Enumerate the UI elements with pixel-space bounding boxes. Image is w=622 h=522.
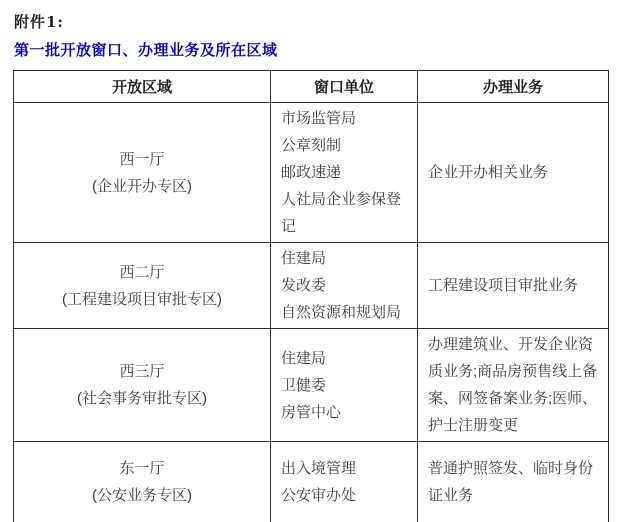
area-zone-name: (企业开办专区) (20, 173, 264, 200)
area-zone-name: (社会事务审批专区) (20, 385, 264, 412)
unit-item: 市场监管局 (281, 105, 409, 132)
attachment-label: 附件1: (14, 11, 64, 32)
cell-open-area: 东一厅 (公安业务专区) (14, 442, 271, 522)
table-row: 西一厅 (企业开办专区) 市场监管局 公章刻制 邮政速递 人社局企业参保登记 企… (14, 103, 609, 243)
area-hall-name: 西二厅 (20, 259, 264, 286)
header-business: 办理业务 (418, 71, 609, 103)
cell-window-units: 住建局 发改委 自然资源和规划局 (271, 243, 418, 329)
unit-item: 公安审办处 (281, 482, 409, 509)
cell-window-units: 市场监管局 公章刻制 邮政速递 人社局企业参保登记 (271, 103, 418, 243)
document-page: 附件1: 第一批开放窗口、办理业务及所在区域 开放区域 窗口单位 办理业务 西一… (0, 0, 622, 522)
area-hall-name: 西三厅 (20, 358, 264, 385)
cell-open-area: 西二厅 (工程建设项目审批专区) (14, 243, 271, 329)
unit-item: 人社局企业参保登记 (281, 186, 409, 240)
page-title: 第一批开放窗口、办理业务及所在区域 (14, 39, 278, 60)
open-windows-table: 开放区域 窗口单位 办理业务 西一厅 (企业开办专区) 市场监管局 公章刻制 邮… (13, 70, 609, 522)
area-hall-name: 东一厅 (20, 455, 264, 482)
area-zone-name: (工程建设项目审批专区) (20, 286, 264, 313)
table-row: 西二厅 (工程建设项目审批专区) 住建局 发改委 自然资源和规划局 工程建设项目… (14, 243, 609, 329)
unit-item: 出入境管理 (281, 455, 409, 482)
table-header-row: 开放区域 窗口单位 办理业务 (14, 71, 609, 103)
unit-item: 发改委 (281, 272, 409, 299)
unit-item: 住建局 (281, 245, 409, 272)
unit-item: 邮政速递 (281, 159, 409, 186)
cell-business: 办理建筑业、开发企业资质业务;商品房预售线上备案、网签备案业务;医师、护士注册变… (418, 329, 609, 442)
header-window-unit: 窗口单位 (271, 71, 418, 103)
unit-item: 卫健委 (281, 372, 409, 399)
business-text: 办理建筑业、开发企业资质业务;商品房预售线上备案、网签备案业务;医师、护士注册变… (428, 331, 600, 439)
table-row: 西三厅 (社会事务审批专区) 住建局 卫健委 房管中心 办理建筑业、开发企业资质… (14, 329, 609, 442)
cell-window-units: 住建局 卫健委 房管中心 (271, 329, 418, 442)
unit-item: 公章刻制 (281, 132, 409, 159)
area-hall-name: 西一厅 (20, 146, 264, 173)
business-text: 工程建设项目审批业务 (428, 272, 600, 299)
cell-business: 企业开办相关业务 (418, 103, 609, 243)
cell-open-area: 西三厅 (社会事务审批专区) (14, 329, 271, 442)
unit-item: 房管中心 (281, 399, 409, 426)
business-text: 普通护照签发、临时身份证业务 (428, 455, 600, 509)
cell-business: 工程建设项目审批业务 (418, 243, 609, 329)
unit-item: 住建局 (281, 345, 409, 372)
cell-window-units: 出入境管理 公安审办处 (271, 442, 418, 522)
cell-open-area: 西一厅 (企业开办专区) (14, 103, 271, 243)
table-row: 东一厅 (公安业务专区) 出入境管理 公安审办处 普通护照签发、临时身份证业务 (14, 442, 609, 522)
header-open-area: 开放区域 (14, 71, 271, 103)
business-text: 企业开办相关业务 (428, 159, 600, 186)
unit-item: 自然资源和规划局 (281, 299, 409, 326)
area-zone-name: (公安业务专区) (20, 482, 264, 509)
cell-business: 普通护照签发、临时身份证业务 (418, 442, 609, 522)
